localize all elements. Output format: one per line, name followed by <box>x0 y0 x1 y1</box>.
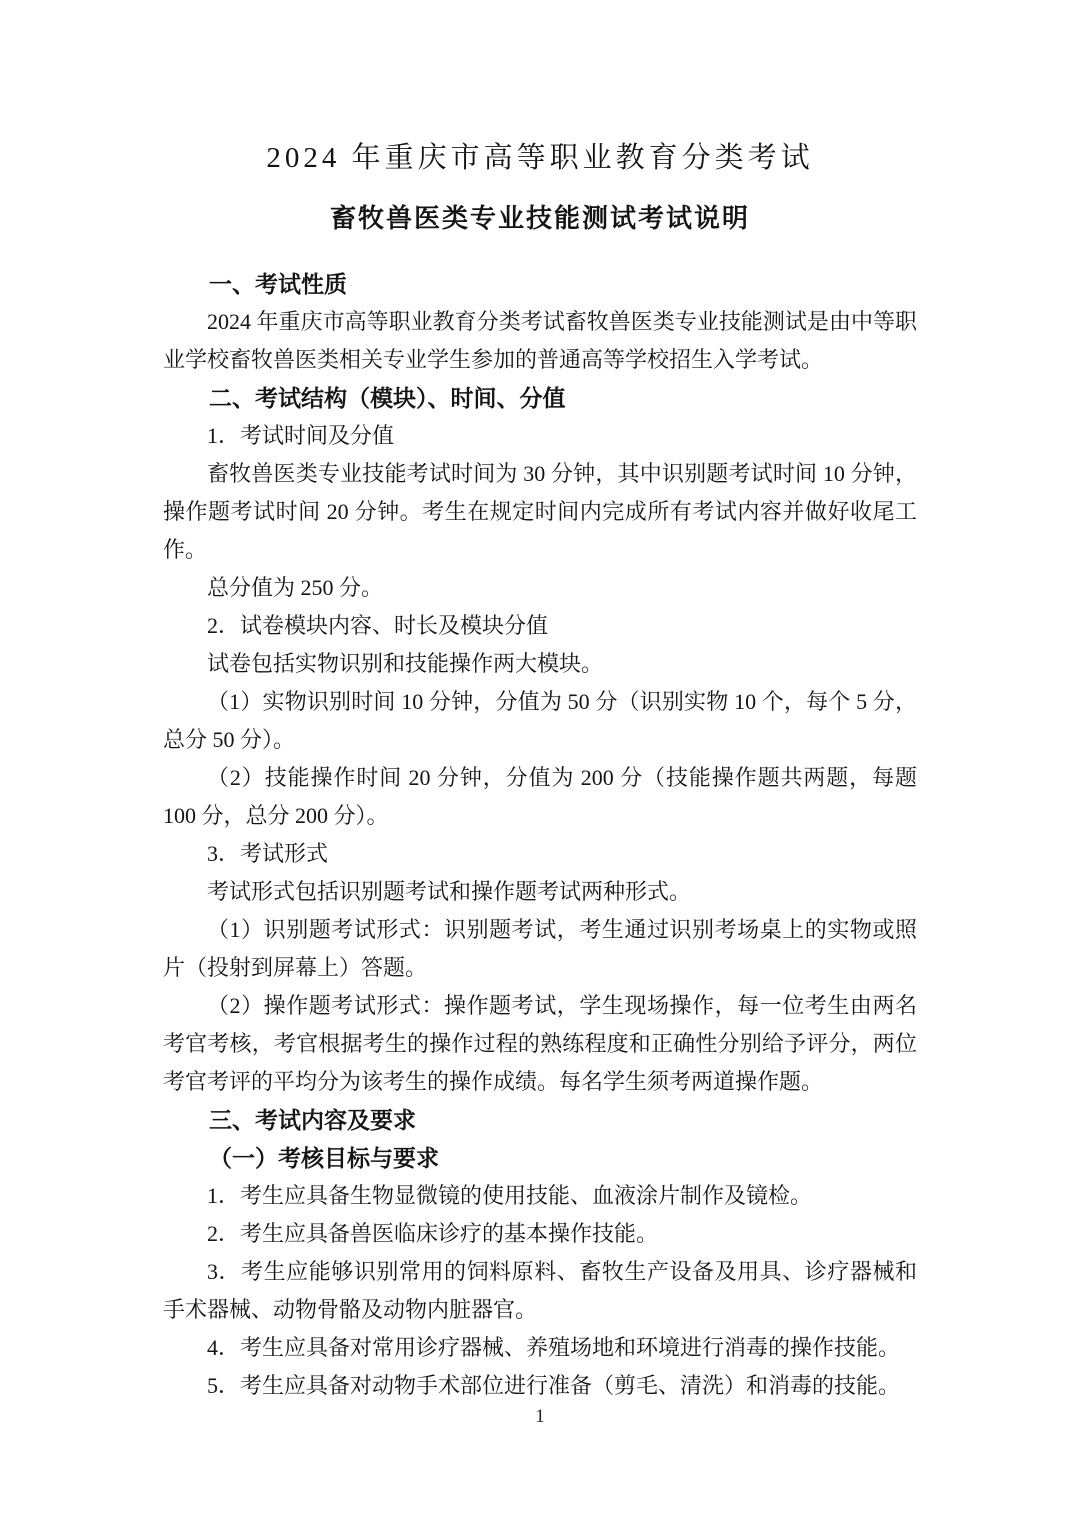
paragraph: 1．考生应具备生物显微镜的使用技能、血液涂片制作及镜检。 <box>163 1177 917 1215</box>
paragraph: （1）识别题考试形式：识别题考试，考生通过识别考场桌上的实物或照片（投射到屏幕上… <box>163 911 917 987</box>
paragraph: 考试形式包括识别题考试和操作题考试两种形式。 <box>163 873 917 911</box>
document-title: 2024 年重庆市高等职业教育分类考试 <box>163 138 917 178</box>
paragraph: 3．考试形式 <box>163 835 917 873</box>
paragraph: 5．考生应具备对动物手术部位进行准备（剪毛、清洗）和消毒的技能。 <box>163 1367 917 1405</box>
paragraph: 4．考生应具备对常用诊疗器械、养殖场地和环境进行消毒的操作技能。 <box>163 1329 917 1367</box>
section-heading: （一）考核目标与要求 <box>163 1139 917 1177</box>
document-page: 2024 年重庆市高等职业教育分类考试 畜牧兽医类专业技能测试考试说明 一、考试… <box>0 0 1080 1527</box>
section-heading: 一、考试性质 <box>163 265 917 303</box>
page-footer: 1 <box>0 1406 1080 1428</box>
section-heading: 二、考试结构（模块）、时间、分值 <box>163 379 917 417</box>
paragraph: （1）实物识别时间 10 分钟，分值为 50 分（识别实物 10 个，每个 5 … <box>163 683 917 759</box>
paragraph: 2．试卷模块内容、时长及模块分值 <box>163 607 917 645</box>
paragraph: 总分值为 250 分。 <box>163 569 917 607</box>
paragraph: （2）操作题考试形式：操作题考试，学生现场操作，每一位考生由两名考官考核，考官根… <box>163 987 917 1101</box>
paragraph: 试卷包括实物识别和技能操作两大模块。 <box>163 645 917 683</box>
section-heading: 三、考试内容及要求 <box>163 1101 917 1139</box>
paragraph: （2）技能操作时间 20 分钟，分值为 200 分（技能操作题共两题，每题 10… <box>163 759 917 835</box>
paragraph: 3．考生应能够识别常用的饲料原料、畜牧生产设备及用具、诊疗器械和手术器械、动物骨… <box>163 1253 917 1329</box>
document-subtitle: 畜牧兽医类专业技能测试考试说明 <box>163 198 917 238</box>
paragraph: 畜牧兽医类专业技能考试时间为 30 分钟，其中识别题考试时间 10 分钟，操作题… <box>163 455 917 569</box>
page-number: 1 <box>535 1406 545 1427</box>
paragraph: 2．考生应具备兽医临床诊疗的基本操作技能。 <box>163 1215 917 1253</box>
paragraph: 2024 年重庆市高等职业教育分类考试畜牧兽医类专业技能测试是由中等职业学校畜牧… <box>163 303 917 379</box>
paragraph: 1．考试时间及分值 <box>163 417 917 455</box>
document-body: 一、考试性质2024 年重庆市高等职业教育分类考试畜牧兽医类专业技能测试是由中等… <box>163 265 917 1405</box>
